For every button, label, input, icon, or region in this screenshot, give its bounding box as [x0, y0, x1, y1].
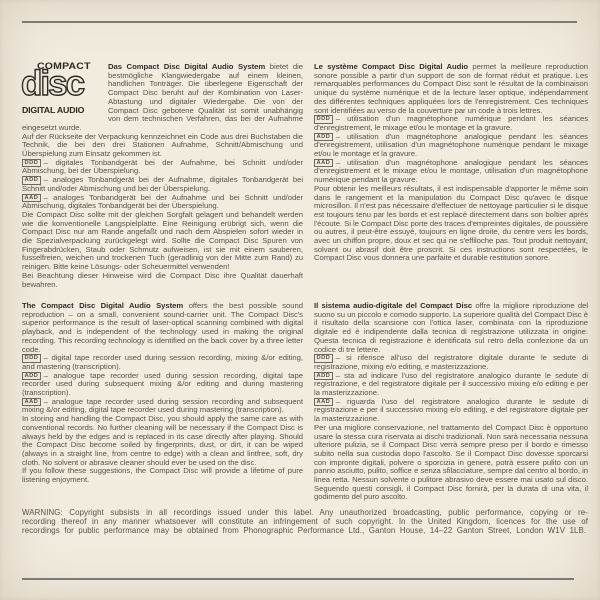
logo-word-disc: disc	[21, 66, 83, 101]
logo-word-digital-audio: DIGITAL AUDIO	[22, 107, 84, 115]
italian-intro-text: offre la migliore riproduzione del suono…	[314, 301, 588, 354]
english-intro-text: offers the best possible sound reproduct…	[22, 301, 303, 354]
german-care-paragraph: Die Compact Disc sollte mit der gleichen…	[22, 211, 303, 272]
german-closing-paragraph: Bei Beachtung dieser Hinweise wird die C…	[22, 272, 303, 289]
code-line-add: ADD– sta ad indicare l'uso del registrat…	[314, 372, 588, 398]
code-line-add: ADD– analogue tape recorder used during …	[22, 372, 303, 398]
code-line-aad: AAD– utilisation d'un magnétophone analo…	[314, 159, 588, 185]
code-line-add: ADD– utilisation d'un magnétophone analo…	[314, 133, 588, 159]
italian-care-paragraph: Per una migliore conservazione, nel trat…	[314, 424, 588, 502]
add-code-text: – utilisation d'un magnétophone analogiq…	[314, 132, 588, 158]
code-line-ddd: DDD– digital tape recorder used during s…	[22, 354, 303, 371]
french-intro-paragraph: Le système Compact Disc Digital Audio pe…	[314, 63, 588, 115]
aad-code-text: – riguarda l'uso del registratore analog…	[314, 397, 588, 423]
aad-code-text: – analoges Tonbandgerät bei der Aufnahme…	[22, 193, 303, 211]
french-heading: Le système Compact Disc Digital Audio	[314, 62, 468, 71]
booklet-page: COMPACT disc DIGITAL AUDIO Das Compact D…	[0, 0, 600, 600]
code-line-ddd: DDD– si riferisce all'uso del registrato…	[314, 354, 588, 371]
bottom-fold-rule	[22, 578, 574, 580]
code-line-ddd: DDD– digitales Tonbandgerät bei der Aufn…	[22, 159, 303, 176]
code-line-ddd: DDD– utilisation d'un magnétophone numér…	[314, 115, 588, 132]
section-french: Le système Compact Disc Digital Audio pe…	[314, 63, 588, 263]
code-line-aad: AAD– riguarda l'uso del registratore ana…	[314, 398, 588, 424]
top-fold-rule	[22, 21, 577, 23]
french-care-paragraph: Pour obtenir les meilleurs résultats, il…	[314, 185, 588, 263]
code-line-add: ADD– analoges Tonbandgerät bei der Aufna…	[22, 176, 303, 193]
add-code-text: – analogue tape recorder used during ses…	[22, 371, 303, 397]
ddd-code-text: – utilisation d'un magnétophone numériqu…	[314, 114, 588, 132]
copyright-warning: WARNING: Copyright subsists in all recor…	[22, 509, 588, 536]
english-heading: The Compact Disc Digital Audio System	[22, 301, 183, 310]
italian-heading: Il sistema audio-digitale del Compact Di…	[314, 301, 472, 310]
ddd-code-text: – si riferisce all'uso del registratore …	[314, 353, 588, 371]
add-code-text: – sta ad indicare l'uso del registratore…	[314, 371, 588, 397]
code-line-aad: AAD– analoges Tonbandgerät bei der Aufna…	[22, 194, 303, 211]
english-closing-paragraph: If you follow these suggestions, the Com…	[22, 467, 303, 484]
add-code-text: – analoges Tonbandgerät bei der Aufnahme…	[22, 175, 303, 193]
aad-code-text: – analogue tape recorder used during ses…	[22, 397, 303, 415]
code-line-aad: AAD– analogue tape recorder used during …	[22, 398, 303, 415]
section-italian: Il sistema audio-digitale del Compact Di…	[314, 302, 588, 502]
aad-code-text: – utilisation d'un magnétophone analogiq…	[314, 158, 588, 184]
ddd-code-text: – digitales Tonbandgerät bei der Aufnahm…	[22, 158, 303, 176]
ddd-code-text: – digital tape recorder used during sess…	[22, 353, 303, 371]
italian-intro-paragraph: Il sistema audio-digitale del Compact Di…	[314, 302, 588, 354]
french-intro-text: permet la meilleure reproduction sonore …	[314, 62, 588, 115]
english-intro-paragraph: The Compact Disc Digital Audio System of…	[22, 302, 303, 354]
german-heading: Das Compact Disc Digital Audio System	[108, 62, 265, 71]
english-care-paragraph: In storing and handling the Compact Disc…	[22, 415, 303, 467]
compact-disc-digital-audio-logo: COMPACT disc DIGITAL AUDIO	[22, 64, 101, 116]
german-code-explainer: Auf der Rückseite der Verpackung kennzei…	[22, 133, 303, 159]
section-english: The Compact Disc Digital Audio System of…	[22, 302, 303, 485]
section-german: COMPACT disc DIGITAL AUDIO Das Compact D…	[22, 63, 303, 289]
